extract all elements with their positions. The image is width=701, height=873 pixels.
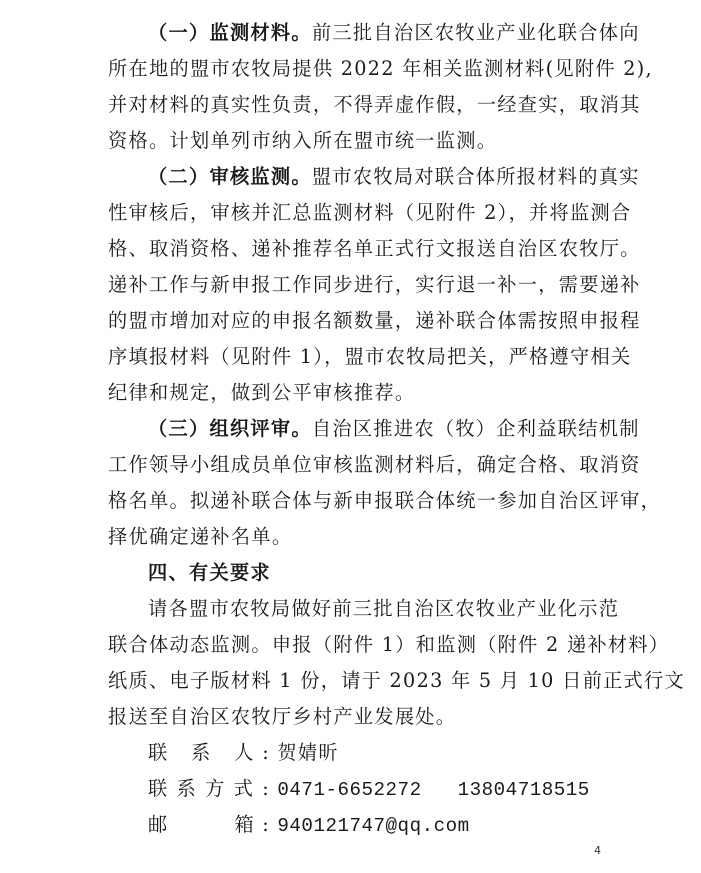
document-page: （一）监测材料。前三批自治区农牧业产业化联合体向 所在地的盟市农牧局提供 202… (0, 0, 701, 873)
section-title: （二）审核监测。 (148, 165, 312, 188)
section-title: （一）监测材料。 (148, 21, 312, 44)
page-number: 4 (594, 844, 601, 857)
paragraph-line: （一）监测材料。前三批自治区农牧业产业化联合体向 (148, 21, 600, 45)
contact-email: 邮 箱: 940121747@qq.com (148, 813, 470, 837)
contact-person-label: 联 系 人: (148, 741, 270, 765)
contact-email-label: 邮 箱: (148, 813, 270, 837)
paragraph-line: 递补工作与新申报工作同步进行，实行退一补一，需要递补 (108, 273, 600, 297)
paragraph-line: 纸质、电子版材料 1 份，请于 2023 年 5 月 10 日前正式行文 (108, 669, 600, 693)
paragraph-line: 工作领导小组成员单位审核监测材料后，确定合格、取消资 (108, 453, 600, 477)
paragraph-line: 联合体动态监测。申报（附件 1）和监测（附件 2 递补材料） (108, 633, 600, 657)
section-title: （三）组织评审。 (148, 417, 312, 440)
paragraph-line: 报送至自治区农牧厅乡村产业发展处。 (108, 705, 600, 729)
paragraph-line: 择优确定递补名单。 (108, 525, 600, 549)
paragraph-line: 纪律和规定，做到公平审核推荐。 (108, 381, 600, 405)
paragraph-line: 性审核后，审核并汇总监测材料（见附件 2），并将监测合 (108, 201, 600, 225)
contact-phone-value: 0471-6652272 13804718515 (277, 779, 589, 801)
paragraph-line: 所在地的盟市农牧局提供 2022 年相关监测材料(见附件 2), (108, 57, 600, 81)
paragraph-line: 序填报材料（见附件 1），盟市农牧局把关，严格遵守相关 (108, 345, 600, 369)
paragraph-line: （三）组织评审。自治区推进农（牧）企利益联结机制 (148, 417, 600, 441)
section-heading: 四、有关要求 (148, 561, 600, 585)
contact-person-value: 贺婧昕 (277, 741, 338, 764)
contact-phone: 联系方式: 0471-6652272 13804718515 (148, 777, 590, 801)
paragraph-line: （二）审核监测。盟市农牧局对联合体所报材料的真实 (148, 165, 600, 189)
contact-phone-label: 联系方式: (148, 777, 270, 801)
paragraph-line: 的盟市增加对应的申报名额数量，递补联合体需按照申报程 (108, 309, 600, 333)
paragraph-line: 并对材料的真实性负责，不得弄虚作假，一经查实，取消其 (108, 93, 600, 117)
contact-email-value: 940121747@qq.com (277, 815, 469, 837)
paragraph-line: 格名单。拟递补联合体与新申报联合体统一参加自治区评审， (108, 489, 600, 513)
paragraph-line: 请各盟市农牧局做好前三批自治区农牧业产业化示范 (148, 597, 600, 621)
paragraph-line: 格、取消资格、递补推荐名单正式行文报送自治区农牧厅。 (108, 237, 600, 261)
contact-person: 联 系 人: 贺婧昕 (148, 741, 339, 765)
paragraph-line: 资格。计划单列市纳入所在盟市统一监测。 (108, 129, 600, 153)
